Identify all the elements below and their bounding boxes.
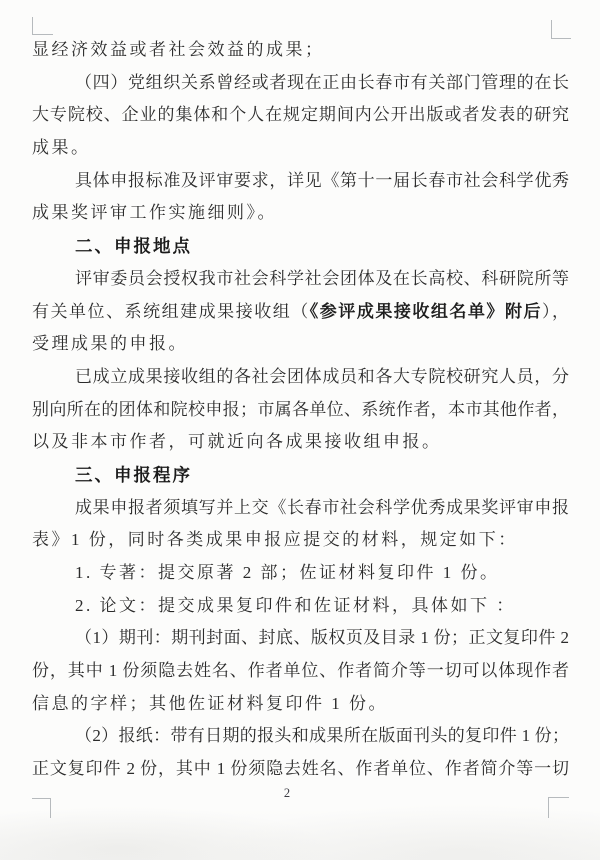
text-line: 成果申报者须填写并上交《长春市社会科学优秀成果奖评审申报 [32, 492, 569, 525]
text-line: 表》1 份，同时各类成果申报应提交的材料，规定如下： [32, 524, 569, 557]
text-line: 评审委员会授权我市社会科学社会团体及在长高校、科研院所等 [32, 263, 569, 296]
document-body: 显经济效益或者社会效益的成果； （四）党组织关系曾经或者现在正由长春市有关部门管… [32, 34, 569, 786]
section-heading-application-procedure: 三、申报程序 [32, 459, 569, 492]
text-line: 成果。 [32, 132, 569, 165]
section-heading-application-location: 二、申报地点 [32, 230, 569, 263]
crop-mark-bottom-left [32, 798, 51, 818]
crop-mark-top-left [32, 17, 53, 35]
crop-mark-bottom-right [548, 797, 569, 818]
text-line: （2）报纸：带有日期的报头和成果所在版面刊头的复印件 1 份； [32, 720, 569, 753]
text-segment: 有关单位、系统组建成果接收组（ [32, 302, 310, 321]
text-line: 已成立成果接收组的各社会团体成员和各大专院校研究人员，分 [32, 361, 569, 394]
text-line: 2. 论文：提交成果复印件和佐证材料，具体如下 ： [32, 590, 569, 623]
page-number: 2 [276, 786, 298, 801]
text-line: 显经济效益或者社会效益的成果； [32, 34, 569, 67]
text-line: （1）期刊：期刊封面、封底、版权页及目录 1 份；正文复印件 2 [32, 622, 569, 655]
text-line: 1. 专著：提交原著 2 部；佐证材料复印件 1 份。 [32, 557, 569, 590]
text-line: 受理成果的申报。 [32, 328, 569, 361]
bold-attachment-title: 《参评成果接收组名单》附后 [310, 302, 542, 321]
text-line: 有关单位、系统组建成果接收组（《参评成果接收组名单》附后）， [32, 296, 569, 329]
text-line: 成果奖评审工作实施细则》。 [32, 197, 569, 230]
text-line: 份，其中 1 份须隐去姓名、作者单位、作者简介等一切可以体现作者 [32, 655, 569, 688]
text-line: 具体申报标准及评审要求，详见《第十一届长春市社会科学优秀 [32, 165, 569, 198]
text-line: 以及非本市作者，可就近向各成果接收组申报。 [32, 426, 569, 459]
scanned-document-page: 显经济效益或者社会效益的成果； （四）党组织关系曾经或者现在正由长春市有关部门管… [0, 0, 600, 860]
text-line: 正文复印件 2 份，其中 1 份须隐去姓名、作者单位、作者简介等一切 [32, 753, 569, 786]
text-line: 信息的字样；其他佐证材料复印件 1 份。 [32, 688, 569, 721]
text-line: 别向所在的团体和院校申报；市属各单位、系统作者，本市其他作者， [32, 394, 569, 427]
text-segment: ）， [542, 302, 569, 321]
text-line: 大专院校、企业的集体和个人在规定期间内公开出版或者发表的研究 [32, 99, 569, 132]
text-line: （四）党组织关系曾经或者现在正由长春市有关部门管理的在长 [32, 67, 569, 100]
